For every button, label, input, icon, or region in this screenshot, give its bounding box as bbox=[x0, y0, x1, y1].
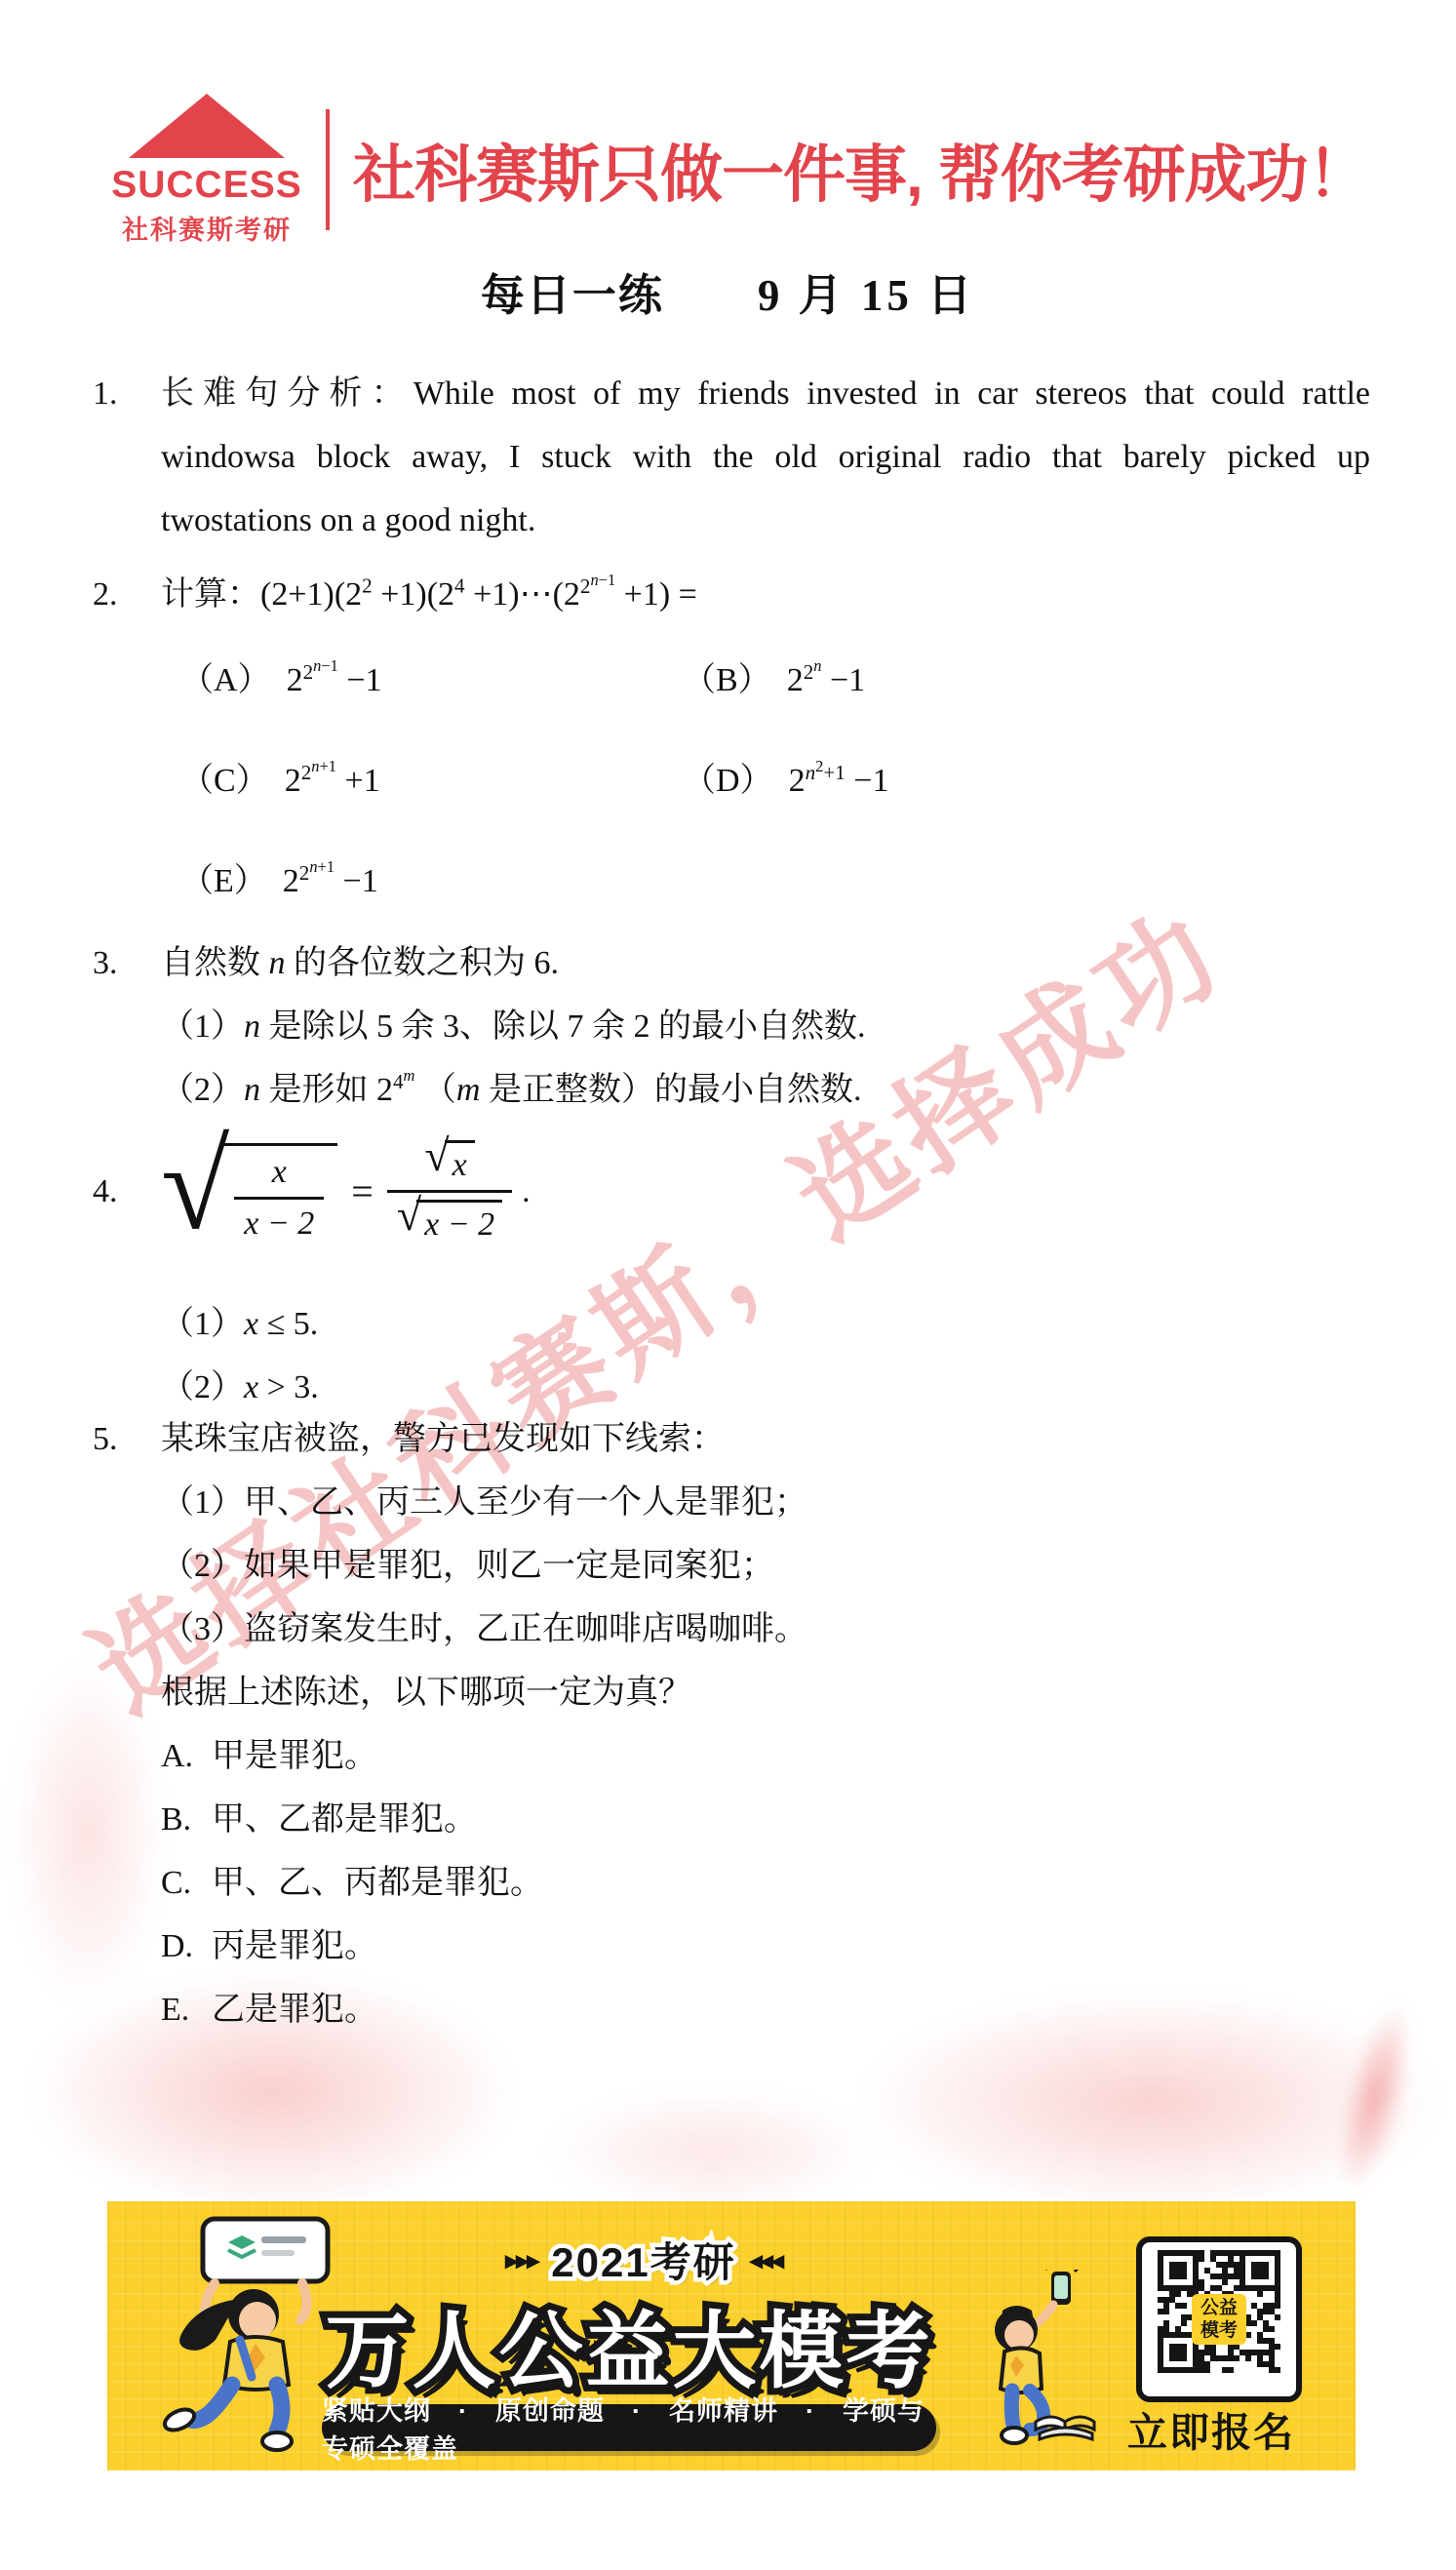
page-title: 每日一练9 月 15 日 bbox=[0, 259, 1456, 323]
q3-condition-2: （2）n 是形如 24m （m 是正整数）的最小自然数. bbox=[93, 1059, 1438, 1122]
q2-option-a: （A） 22n−1 −1 bbox=[180, 652, 382, 710]
lhs-radical: √ x x − 2 bbox=[161, 1141, 337, 1243]
banner-year-label: 2021考研 bbox=[551, 2231, 735, 2289]
condition-text: （1）n 是除以 5 余 3、除以 7 余 2 的最小自然数. bbox=[161, 996, 1438, 1058]
question-5-stem: 5. 某珠宝店被盗，警方已发现如下线索： bbox=[93, 1408, 1370, 1471]
question-number: 2. bbox=[93, 564, 161, 626]
question-text: twostations on a good night. bbox=[161, 490, 1370, 552]
equation: √ x x − 2 = √x √x − 2 . bbox=[161, 1139, 531, 1244]
qr-label-text: 公益模考 bbox=[1198, 2297, 1240, 2342]
header-slogan: 社科赛斯只做一件事, 帮你考研成功！ bbox=[353, 125, 1387, 215]
jumping-girl-illustration bbox=[146, 2213, 341, 2457]
numerator: x bbox=[272, 1154, 287, 1190]
indent bbox=[93, 426, 161, 489]
question-4-formula: 4. √ x x − 2 = √x √x − 2 . bbox=[93, 1139, 531, 1244]
condition-text: （1）x ≤ 5. bbox=[161, 1293, 1438, 1356]
question-number: 1. bbox=[93, 363, 161, 425]
books-icon bbox=[1032, 2404, 1100, 2445]
title-date: 9 月 15 日 bbox=[758, 271, 975, 320]
option-formula: 2n2+1 −1 bbox=[789, 752, 889, 811]
question-text: 自然数 n 的各位数之积为 6. bbox=[161, 932, 1370, 995]
option-text: 甲、乙、丙都是罪犯。 bbox=[212, 1852, 1438, 1915]
option-formula: 22n+1 +1 bbox=[285, 752, 380, 811]
banner-top-row: ▸▸▸ 2021考研 ◂◂◂ bbox=[458, 2231, 829, 2289]
radical-sign: √ bbox=[161, 1141, 229, 1231]
banner-main-title: 万人公益大模考 bbox=[317, 2283, 941, 2404]
option-key: （D） bbox=[683, 752, 773, 811]
option-key: （B） bbox=[683, 652, 771, 710]
question-text: windowsa block away, I stuck with the ol… bbox=[161, 426, 1370, 489]
option-formula: 22n −1 bbox=[787, 652, 865, 710]
option-key: B. bbox=[161, 1789, 212, 1851]
ad-banner: ▸▸▸ 2021考研 ◂◂◂ 万人公益大模考 紧贴大纲 · 原创命题 · 名师精… bbox=[107, 2201, 1356, 2471]
q5-clue-3: （3）盗窃案发生时，乙正在咖啡店喝咖啡。 bbox=[93, 1599, 1438, 1661]
roof-triangle-icon bbox=[129, 94, 285, 158]
option-key: D. bbox=[161, 1916, 212, 1978]
q2-option-d: （D） 2n2+1 −1 bbox=[683, 752, 888, 811]
question-1-line-1: 1. 长难句分析：While most of my friends invest… bbox=[93, 363, 1370, 425]
watercolor-splash bbox=[546, 2087, 878, 2214]
condition-text: （2）n 是形如 24m （m 是正整数）的最小自然数. bbox=[161, 1059, 1438, 1122]
numerator: x bbox=[453, 1147, 467, 1183]
option-key: C. bbox=[161, 1852, 212, 1915]
rhs-fraction: √x √x − 2 bbox=[387, 1139, 512, 1244]
option-text: 丙是罪犯。 bbox=[212, 1916, 1438, 1978]
option-text: 乙是罪犯。 bbox=[212, 1979, 1438, 2041]
option-formula: 22n+1 −1 bbox=[283, 852, 378, 911]
denominator: x − 2 bbox=[244, 1206, 314, 1242]
question-text: 根据上述陈述，以下哪项一定为真？ bbox=[161, 1662, 1438, 1724]
q2-option-e: （E） 22n+1 −1 bbox=[180, 852, 378, 911]
question-1-line-3: twostations on a good night. bbox=[93, 490, 1370, 552]
title-practice: 每日一练 bbox=[481, 270, 664, 320]
qr-center-label: 公益模考 bbox=[1192, 2294, 1246, 2345]
option-key: （A） bbox=[180, 652, 271, 710]
q2-option-c: （C） 22n+1 +1 bbox=[180, 752, 380, 811]
header-divider bbox=[326, 109, 330, 230]
option-formula: 22n−1 −1 bbox=[287, 652, 382, 710]
arrows-right-icon: ▸▸▸ bbox=[505, 2245, 537, 2275]
question-2-stem: 2. 计算：(2+1)(22 +1)(24 +1)⋯(22n−1 +1) = bbox=[93, 564, 1370, 626]
indent bbox=[93, 490, 161, 552]
question-text: 某珠宝店被盗，警方已发现如下线索： bbox=[161, 1408, 1370, 1471]
q4-condition-1: （1）x ≤ 5. bbox=[93, 1293, 1438, 1356]
option-key: E. bbox=[161, 1979, 212, 2041]
denominator: x − 2 bbox=[424, 1206, 494, 1243]
question-number: 5. bbox=[93, 1408, 161, 1471]
q5-option-b: B. 甲、乙都是罪犯。 bbox=[93, 1789, 1438, 1851]
option-key: A. bbox=[161, 1725, 212, 1788]
q5-option-c: C. 甲、乙、丙都是罪犯。 bbox=[93, 1852, 1438, 1915]
question-number: 4. bbox=[93, 1173, 161, 1210]
option-key: （E） bbox=[180, 852, 267, 911]
option-text: 甲是罪犯。 bbox=[212, 1725, 1438, 1788]
question-1-line-2: windowsa block away, I stuck with the ol… bbox=[93, 426, 1370, 489]
worksheet-page: 选择社科赛斯，选择成功 SUCCESS 社科赛斯考研 社科赛斯只做一件事, 帮你… bbox=[0, 0, 1456, 2570]
q5-clue-2: （2）如果甲是罪犯，则乙一定是同案犯； bbox=[93, 1535, 1438, 1598]
banner-feature-pill: 紧贴大纲 · 原创命题 · 名师精讲 · 学硕与专硕全覆盖 bbox=[322, 2404, 936, 2451]
question-3-stem: 3. 自然数 n 的各位数之积为 6. bbox=[93, 932, 1370, 995]
option-key: （C） bbox=[180, 752, 269, 811]
equals-sign: = bbox=[337, 1168, 387, 1214]
logo-brand-text: SUCCESS bbox=[100, 164, 313, 207]
clue-text: （2）如果甲是罪犯，则乙一定是同案犯； bbox=[161, 1535, 1438, 1598]
q5-option-a: A. 甲是罪犯。 bbox=[93, 1725, 1438, 1788]
clue-text: （3）盗窃案发生时，乙正在咖啡店喝咖啡。 bbox=[161, 1599, 1438, 1661]
question-number: 3. bbox=[93, 932, 161, 995]
period: . bbox=[512, 1173, 531, 1210]
arrows-left-icon: ◂◂◂ bbox=[750, 2245, 782, 2275]
q2-option-b: （B） 22n −1 bbox=[683, 652, 865, 710]
q5-ask: 根据上述陈述，以下哪项一定为真？ bbox=[93, 1662, 1438, 1724]
q5-option-d: D. 丙是罪犯。 bbox=[93, 1916, 1438, 1978]
clue-text: （1）甲、乙、丙三人至少有一个人是罪犯； bbox=[161, 1472, 1438, 1534]
qr-code: 公益模考 bbox=[1136, 2236, 1302, 2402]
logo-sub-text: 社科赛斯考研 bbox=[100, 209, 313, 247]
signup-cta: 立即报名 bbox=[1123, 2400, 1299, 2458]
question-formula: 计算：(2+1)(22 +1)(24 +1)⋯(22n−1 +1) = bbox=[161, 564, 1370, 626]
q3-condition-1: （1）n 是除以 5 余 3、除以 7 余 2 的最小自然数. bbox=[93, 996, 1438, 1058]
success-logo: SUCCESS 社科赛斯考研 bbox=[100, 94, 313, 247]
q5-clue-1: （1）甲、乙、丙三人至少有一个人是罪犯； bbox=[93, 1472, 1438, 1534]
question-text: 长难句分析：While most of my friends invested … bbox=[161, 363, 1370, 425]
option-text: 甲、乙都是罪犯。 bbox=[212, 1789, 1438, 1851]
q5-option-e: E. 乙是罪犯。 bbox=[93, 1979, 1438, 2041]
